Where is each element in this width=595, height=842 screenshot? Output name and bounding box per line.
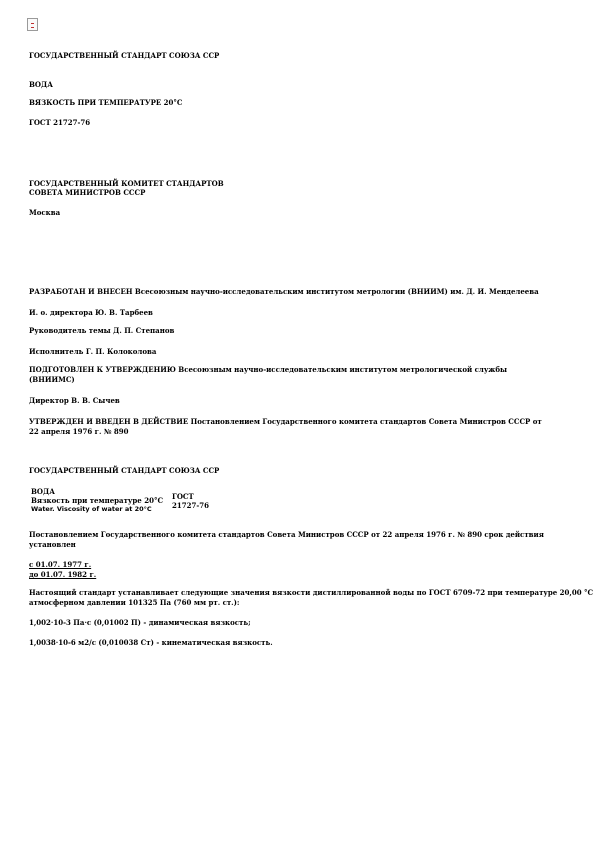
decree-line-1: Постановлением Государственного комитета…: [29, 530, 544, 539]
committee-line-2: СОВЕТА МИНИСТРОВ СССР: [29, 188, 145, 197]
code-number: 21727-76: [172, 501, 209, 510]
theme-lead: Руководитель темы Д. П. Степанов: [29, 326, 174, 335]
code-label: ГОСТ: [172, 492, 209, 501]
decree-line-2: установлен: [29, 540, 76, 549]
scope-line-2: атмосферном давлении 101325 Па (760 мм р…: [29, 598, 240, 607]
validity-from: с 01.07. 1977 г.: [29, 560, 91, 569]
city: Москва: [29, 208, 60, 217]
broken-image-icon: [27, 18, 38, 31]
standard-header: ГОСУДАРСТВЕННЫЙ СТАНДАРТ СОЮЗА ССР: [29, 51, 219, 60]
executor: Исполнитель Г. П. Колоколова: [29, 347, 156, 356]
acting-director: И. о. директора Ю. В. Тарбеев: [29, 308, 153, 317]
approved-line-1: УТВЕРЖДЕН И ВВЕДЕН В ДЕЙСТВИЕ Постановле…: [29, 417, 542, 426]
title-ru: ВОДА: [31, 487, 163, 496]
prepared-director: Директор В. В. Сычев: [29, 396, 120, 405]
document-subtitle: ВЯЗКОСТЬ ПРИ ТЕМПЕРАТУРЕ 20°С: [29, 98, 182, 107]
subtitle-en: Water. Viscosity of water at 20°С: [31, 505, 163, 514]
committee-line-1: ГОСУДАРСТВЕННЫЙ КОМИТЕТ СТАНДАРТОВ: [29, 179, 224, 188]
prepared-by-line-2: (ВНИИМС): [29, 375, 75, 384]
dynamic-viscosity: 1,002·10-3 Па·с (0,01002 П) - динамическ…: [29, 618, 251, 627]
scope-line-1: Настоящий стандарт устанавливает следующ…: [29, 588, 595, 597]
prepared-by-line-1: ПОДГОТОВЛЕН К УТВЕРЖДЕНИЮ Всесоюзным нау…: [29, 365, 507, 374]
document-title: ВОДА: [29, 80, 53, 89]
body-standard-header: ГОСУДАРСТВЕННЫЙ СТАНДАРТ СОЮЗА ССР: [29, 466, 219, 475]
standard-code: ГОСТ 21727-76: [29, 118, 90, 127]
kinematic-viscosity: 1,0038·10-6 м2/с (0,010038 Ст) - кинемат…: [29, 638, 273, 647]
validity-to: до 01.07. 1982 г.: [29, 570, 96, 579]
subtitle-ru: Вязкость при температуре 20°С: [31, 496, 163, 505]
developed-by: РАЗРАБОТАН И ВНЕСЕН Всесоюзным научно-ис…: [29, 287, 539, 296]
approved-line-2: 22 апреля 1976 г. № 890: [29, 427, 128, 436]
